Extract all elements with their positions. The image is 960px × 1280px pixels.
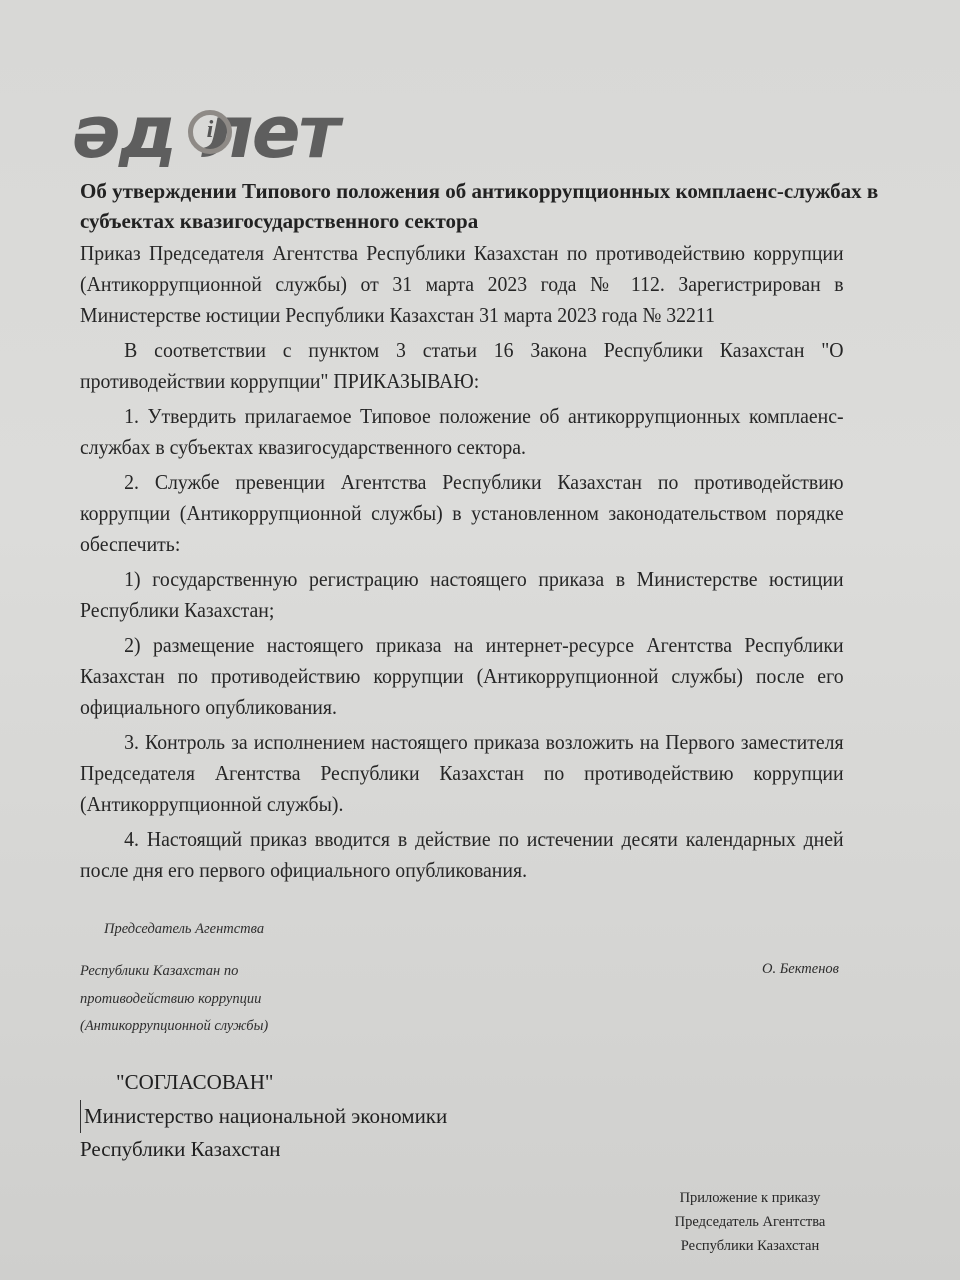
document-body: Приказ Председателя Агентства Республики… (80, 238, 844, 890)
magnifier-icon: i (188, 110, 232, 154)
appendix-line2: Председатель Агентства (640, 1210, 860, 1234)
agreed-org-line2: Республики Казахстан (80, 1133, 280, 1166)
signatory-name: О. Бектенов (762, 956, 839, 983)
adilet-logo: әдлет i (72, 98, 362, 182)
agreed-label: "СОГЛАСОВАН" (116, 1066, 273, 1099)
signatory-position-line1: Председатель Агентства (104, 916, 264, 943)
appendix-line3: Республики Казахстан (640, 1234, 860, 1258)
paragraph-4: 4. Настоящий приказ вводится в действие … (80, 824, 844, 886)
document-page: әдлет i Об утверждении Типового положени… (0, 0, 960, 1280)
agreed-org-line1: Министерство национальной экономики (80, 1100, 447, 1133)
paragraph-2: 2. Службе превенции Агентства Республики… (80, 467, 844, 560)
paragraph-3: 3. Контроль за исполнением настоящего пр… (80, 727, 844, 820)
document-title: Об утверждении Типового положения об ант… (80, 176, 900, 236)
signatory-position-line3: противодействию коррупции (80, 986, 261, 1013)
paragraph-2-2: 2) размещение настоящего приказа на инте… (80, 630, 844, 723)
appendix-line1: Приложение к приказу (640, 1186, 860, 1210)
paragraph-basis: В соответствии с пунктом 3 статьи 16 Зак… (80, 335, 844, 397)
appendix-header: Приложение к приказу Председатель Агентс… (640, 1186, 860, 1258)
signatory-position-line4: (Антикоррупционной службы) (80, 1013, 268, 1040)
signatory-position-line2: Республики Казахстан по (80, 958, 238, 985)
paragraph-1: 1. Утвердить прилагаемое Типовое положен… (80, 401, 844, 463)
paragraph-2-1: 1) государственную регистрацию настоящег… (80, 564, 844, 626)
preamble: Приказ Председателя Агентства Республики… (80, 238, 844, 331)
